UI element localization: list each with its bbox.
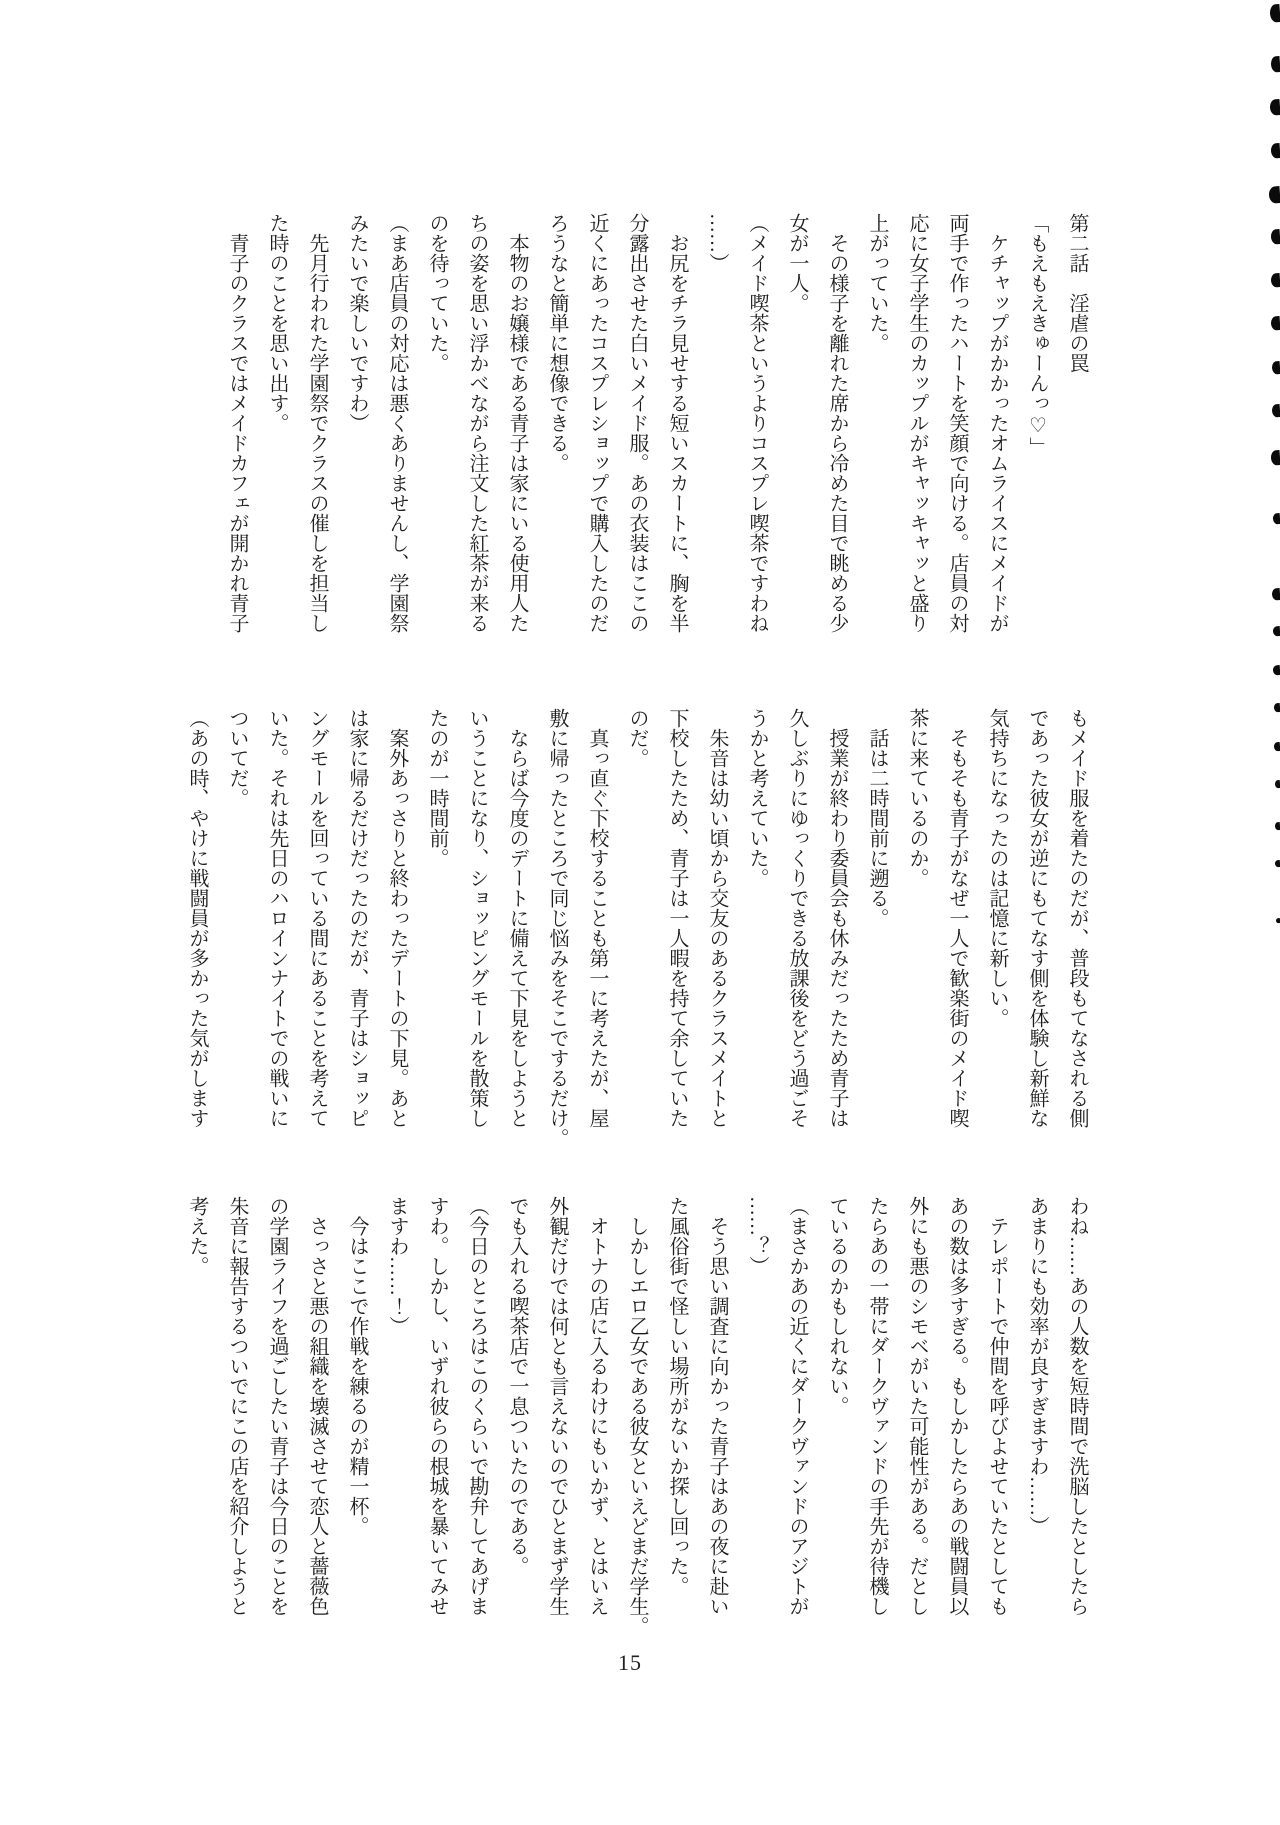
scan-artifact-blob [1269, 4, 1280, 23]
text-line: 外にも悪のシモベがいた可能性がある。だとし [897, 1196, 937, 1642]
scan-artifact-blob [1275, 780, 1280, 788]
text-line: すわ。しかし、いずれ彼らの根城を暴いてみせ [417, 1196, 457, 1642]
text-line: た時のことを思い出す。 [257, 213, 297, 659]
scan-artifact-blob [1270, 450, 1280, 466]
text-line: の学園ライフを過ごしたい青子は今日のことを [257, 1196, 297, 1642]
scan-artifact-blob [1275, 860, 1280, 867]
text-line: 外観だけでは何とも言えないのでひとまず学生 [537, 1196, 577, 1642]
text-line: 青子のクラスではメイドカフェが開かれ青子 [217, 213, 257, 659]
text-line: 分露出させた白いメイド服。あの衣装はここの [617, 213, 657, 659]
text-line: 近くにあったコスプレショップで購入したのだ [577, 213, 617, 659]
scan-artifact-blob [1268, 186, 1280, 204]
text-line: 話は二時間前に遡る。 [857, 708, 897, 1154]
text-line: 案外あっさりと終わったデートの下見。あと [377, 708, 417, 1154]
text-line: あまりにも効率が良すぎますわ……） [1017, 1196, 1057, 1642]
text-line: その様子を離れた席から冷めた目で眺める少 [817, 213, 857, 659]
text-line: ケチャップがかかったオムライスにメイドが [977, 213, 1017, 659]
text-line: ついてだ。 [217, 708, 257, 1154]
scan-artifact-blob [1273, 665, 1280, 675]
text-line: そもそも青子がなぜ一人で歓楽街のメイド喫 [937, 708, 977, 1154]
text-line: 敷に帰ったところで同じ悩みをそこでするだけ。 [537, 708, 577, 1154]
text-line: わね……あの人数を短時間で洗脳したとしたら [1057, 1196, 1097, 1642]
text-line: のを待っていた。 [417, 213, 457, 659]
text-line: （あの時、やけに戦闘員が多かった気がします [177, 708, 217, 1154]
scan-artifact-blob [1270, 56, 1280, 73]
scan-artifact-blob [1271, 273, 1280, 288]
text-line: お尻をチラ見せする短いスカートに、胸を半 [657, 213, 697, 659]
text-line: オトナの店に入るわけにもいかず、とはいえ [577, 1196, 617, 1642]
scan-artifact-blob [1272, 361, 1280, 375]
text-line: ているのかもしれない。 [817, 1196, 857, 1642]
text-line: でも入れる喫茶店で一息ついたのである。 [497, 1196, 537, 1642]
text-line: さっさと悪の組織を壊滅させて恋人と薔薇色 [297, 1196, 337, 1642]
scan-artifact-blob [1273, 626, 1280, 636]
scan-artifact-blob [1273, 513, 1280, 524]
text-line: いた。それは先日のハロインナイトでの戦いに [257, 708, 297, 1154]
text-line: テレポートで仲間を呼びよせていたとしても [977, 1196, 1017, 1642]
text-line: みたいで楽しいですわ） [337, 213, 377, 659]
text-line: もメイド服を着たのだが、普段もてなされる側 [1057, 708, 1097, 1154]
text-line: ちの姿を思い浮かべながら注文した紅茶が来る [457, 213, 497, 659]
scan-artifact-blob [1269, 99, 1280, 116]
scan-artifact-blob [1272, 588, 1280, 601]
text-line: ……？） [737, 1196, 777, 1642]
text-line: たのが一時間前。 [417, 708, 457, 1154]
text-line: 今はここで作戦を練るのが精一杯。 [337, 1196, 377, 1642]
scan-artifact-blob [1276, 918, 1280, 923]
chapter-heading: 第二話 淫虐の罠 [1057, 213, 1097, 659]
scan-artifact-blob [1274, 742, 1280, 751]
scan-artifact-blob [1272, 404, 1280, 418]
text-line: しかしエロ乙女である彼女といえどまだ学生。 [617, 1196, 657, 1642]
text-line: （まさかあの近くにダークヴァンドのアジトが [777, 1196, 817, 1642]
text-line: 授業が終わり委員会も休みだったため青子は [817, 708, 857, 1154]
text-band-top: 第二話 淫虐の罠「もえもえきゅーんっ♡」ケチャップがかかったオムライスにメイドが… [217, 213, 1097, 659]
text-line: のだ。 [617, 708, 657, 1154]
text-line: 下校したため、青子は一人暇を持て余していた [657, 708, 697, 1154]
text-line: あの数は多すぎる。もしかしたらあの戦闘員以 [937, 1196, 977, 1642]
text-line: 応に女子学生のカップルがキャッキャッと盛り [897, 213, 937, 659]
page-number: 15 [0, 1650, 1260, 1676]
text-line: 両手で作ったハートを笑顔で向ける。店員の対 [937, 213, 977, 659]
scan-artifact-blob [1275, 822, 1280, 830]
text-line: 朱音は幼い頃から交友のあるクラスメイトと [697, 708, 737, 1154]
text-line: ますわ……！） [377, 1196, 417, 1642]
text-line: ならば今度のデートに備えて下見をしようと [497, 708, 537, 1154]
text-line: 先月行われた学園祭でクラスの催しを担当し [297, 213, 337, 659]
text-line: た風俗街で怪しい場所がないか探し回った。 [657, 1196, 697, 1642]
text-line: 気持ちになったのは記憶に新しい。 [977, 708, 1017, 1154]
text-line: 久しぶりにゆっくりできる放課後をどう過ごそ [777, 708, 817, 1154]
text-line: うかと考えていた。 [737, 708, 777, 1154]
scan-edge-artifacts [1260, 0, 1280, 1000]
text-line: 茶に来ているのか。 [897, 708, 937, 1154]
text-line: 「もえもえきゅーんっ♡」 [1017, 213, 1057, 659]
text-line: （今日のところはこのくらいで勘弁してあげま [457, 1196, 497, 1642]
text-line: は家に帰るだけだったのだが、青子はショッピ [337, 708, 377, 1154]
text-line: 朱音に報告するついでにこの店を紹介しようと [217, 1196, 257, 1642]
text-line: そう思い調査に向かった青子はあの夜に赴い [697, 1196, 737, 1642]
text-band-middle: もメイド服を着たのだが、普段もてなされる側であった彼女が逆にもてなす側を体験し新… [177, 708, 1097, 1154]
text-line: であった彼女が逆にもてなす側を体験し新鮮な [1017, 708, 1057, 1154]
text-line: ングモールを回っている間にあることを考えて [297, 708, 337, 1154]
text-line: （メイド喫茶というよりコスプレ喫茶ですわね [737, 213, 777, 659]
text-line: 本物のお嬢様である青子は家にいる使用人た [497, 213, 537, 659]
text-line: いうことになり、ショッピングモールを散策し [457, 708, 497, 1154]
text-line: ……） [697, 213, 737, 659]
scan-artifact-blob [1270, 143, 1280, 159]
scanned-novel-page: 第二話 淫虐の罠「もえもえきゅーんっ♡」ケチャップがかかったオムライスにメイドが… [0, 0, 1280, 1825]
text-line: （まあ店員の対応は悪くありませんし、学園祭 [377, 213, 417, 659]
scan-artifact-blob [1270, 229, 1280, 245]
text-line: 女が一人。 [777, 213, 817, 659]
text-line: 真っ直ぐ下校することも第一に考えたが、屋 [577, 708, 617, 1154]
scan-artifact-blob [1274, 703, 1280, 712]
text-line: ろうなと簡単に想像できる。 [537, 213, 577, 659]
text-band-bottom: わね……あの人数を短時間で洗脳したとしたらあまりにも効率が良すぎますわ……）テレ… [177, 1196, 1097, 1642]
text-line: 上がっていた。 [857, 213, 897, 659]
scan-artifact-blob [1271, 316, 1280, 331]
text-line: 考えた。 [177, 1196, 217, 1642]
text-line: たらあの一帯にダークヴァンドの手先が待機し [857, 1196, 897, 1642]
